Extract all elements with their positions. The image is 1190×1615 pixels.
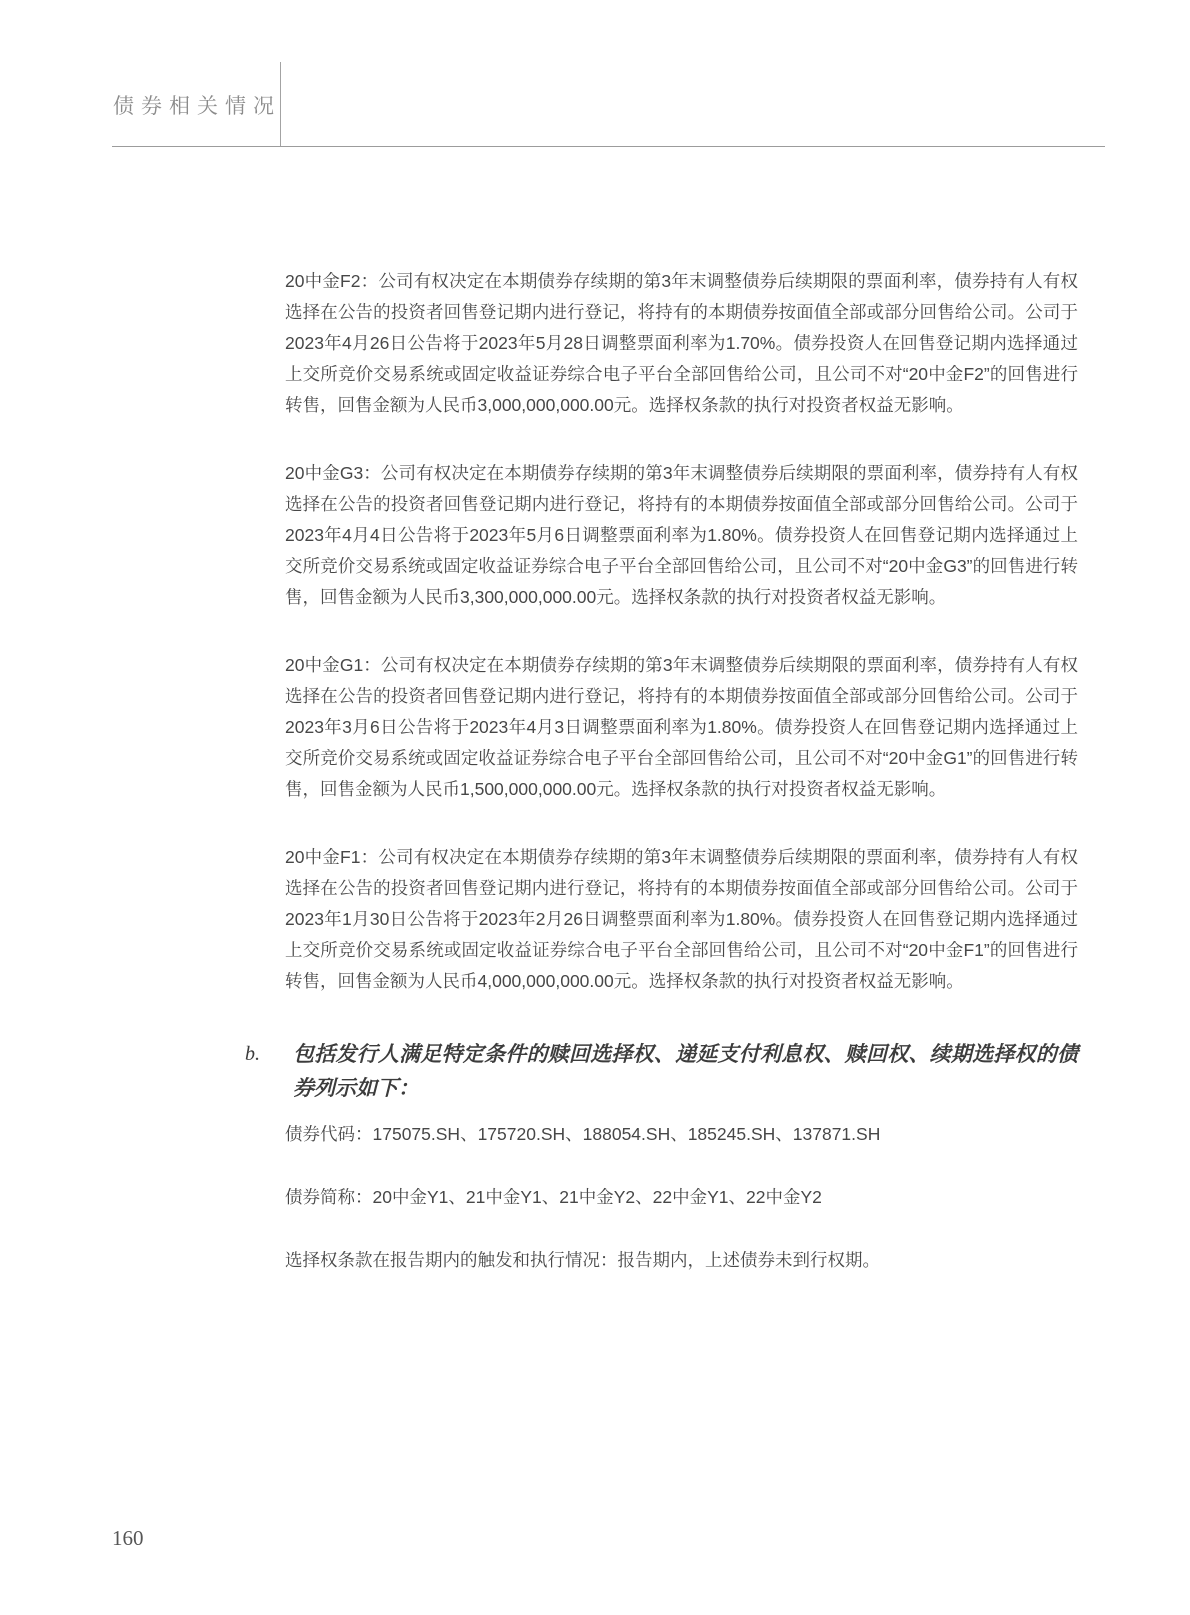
list-item-b-text: 包括发行人满足特定条件的赎回选择权、递延支付利息权、赎回权、续期选择权的债券列示… [293, 1037, 1078, 1105]
list-item-b-marker: b. [245, 1037, 293, 1105]
bond-paragraph-20zhongjin-f2: 20中金F2：公司有权决定在本期债券存续期的第3年末调整债券后续期限的票面利率，… [285, 266, 1078, 421]
bond-short-names-line: 债券简称：20中金Y1、21中金Y1、21中金Y2、22中金Y1、22中金Y2 [285, 1182, 1078, 1213]
content-column: 20中金F2：公司有权决定在本期债券存续期的第3年末调整债券后续期限的票面利率，… [245, 266, 1078, 1308]
page-header-title: 债券相关情况 [113, 90, 281, 120]
document-page: 债券相关情况 20中金F2：公司有权决定在本期债券存续期的第3年末调整债券后续期… [0, 0, 1190, 1615]
header-vertical-rule [280, 62, 281, 146]
bond-paragraph-20zhongjin-f1: 20中金F1：公司有权决定在本期债券存续期的第3年末调整债券后续期限的票面利率，… [285, 842, 1078, 997]
header-horizontal-rule [112, 146, 1105, 147]
list-item-b: b. 包括发行人满足特定条件的赎回选择权、递延支付利息权、赎回权、续期选择权的债… [245, 1037, 1078, 1105]
bond-codes-line: 债券代码：175075.SH、175720.SH、188054.SH、18524… [285, 1119, 1078, 1150]
bond-paragraph-20zhongjin-g1: 20中金G1：公司有权决定在本期债券存续期的第3年末调整债券后续期限的票面利率，… [285, 650, 1078, 805]
page-number: 160 [112, 1526, 144, 1551]
option-exercise-status-line: 选择权条款在报告期内的触发和执行情况：报告期内，上述债券未到行权期。 [285, 1245, 1078, 1276]
bond-paragraph-20zhongjin-g3: 20中金G3：公司有权决定在本期债券存续期的第3年末调整债券后续期限的票面利率，… [285, 458, 1078, 613]
